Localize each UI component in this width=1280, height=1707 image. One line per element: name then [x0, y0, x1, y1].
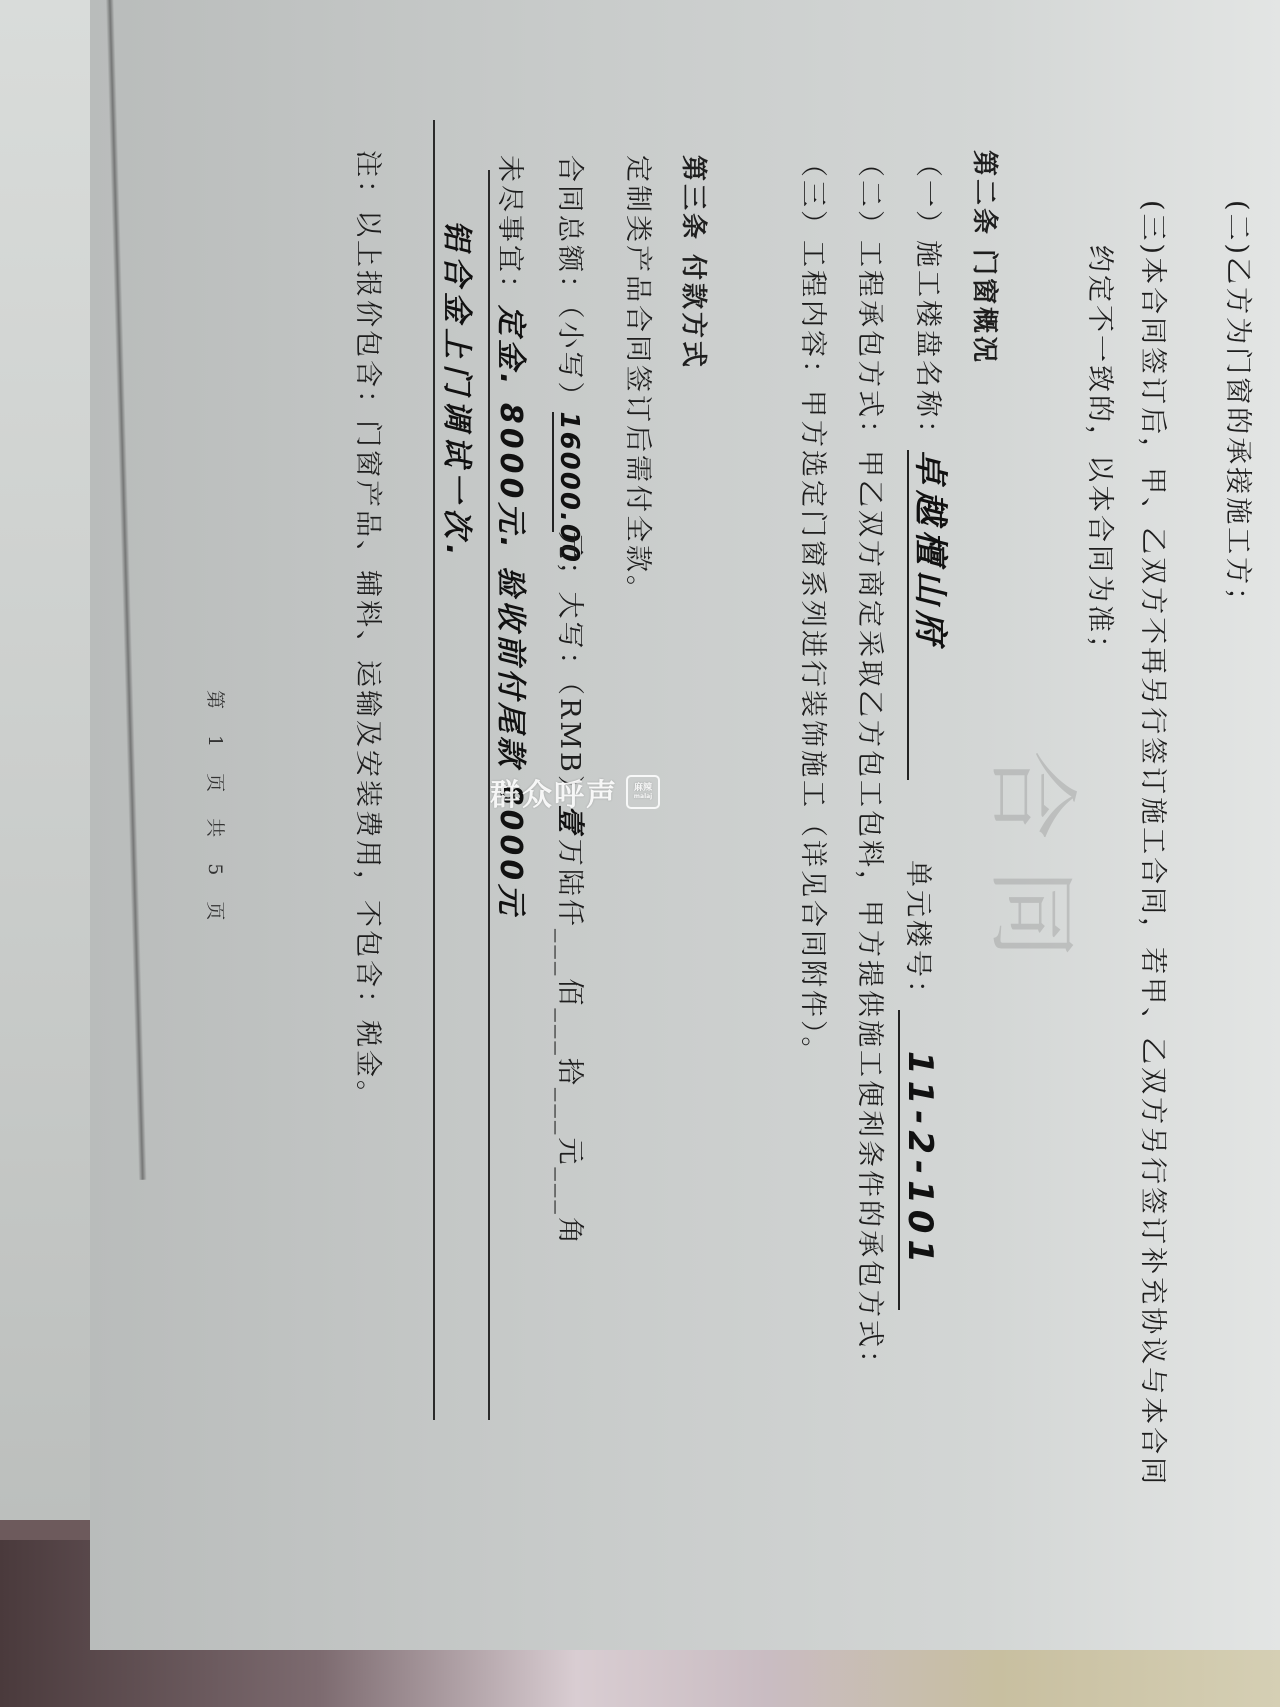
watermark-text: 群众呼声 [490, 770, 618, 814]
article-2-item-3: （三）工程内容：甲方选定门窗系列进行装饰施工（详见合同附件）。 [796, 150, 835, 1067]
watermark-badge-bottom: malaj [634, 794, 652, 801]
article-2-item-1: （一）施工楼盘名称：卓越檀山府 [907, 150, 958, 780]
project-name-value: 卓越檀山府 [910, 450, 950, 650]
faint-stamp-text: 合 同 [975, 750, 1105, 959]
article-2-title: 第二条 门窗概况 [968, 150, 1005, 365]
unit-number-row: 单元楼号：11-2-101 [898, 860, 940, 1310]
contract-total-label: 合同总额：（小写） [554, 155, 585, 412]
page-fold-crease [105, 0, 147, 1180]
page-number: 第 1 页 共 5 页 [203, 690, 230, 930]
total-mid-text: 元；大写：（RMB） [554, 532, 585, 805]
contract-page: (二)乙方为门窗的承接施工方； (三)本合同签订后，甲、乙双方不再另行签订施工合… [90, 0, 1280, 1650]
article-2-item-2: （二）工程承包方式：甲乙双方商定采取乙方包工包料，甲方提供施工便利条件的承包方式… [853, 150, 892, 1380]
underlying-sheet [0, 0, 101, 1520]
other-matters-label: 未尽事宜： [494, 155, 525, 305]
contract-page-wrapper: (二)乙方为门窗的承接施工方； (三)本合同签订后，甲、乙双方不再另行签订施工合… [90, 0, 1280, 1707]
contract-total-row: 合同总额：（小写）16000.00元；大写：（RMB）壹万陆仟___佰___拾_… [552, 155, 592, 1247]
other-matters-value-1: 定金. 8000元. 验收前付尾款 8000元 [493, 305, 528, 918]
underline-2 [433, 120, 435, 1420]
unit-number-field: 11-2-101 [898, 1010, 940, 1310]
project-name-field: 卓越檀山府 [907, 450, 958, 780]
intro-line-3-cont: 约定不一致的，以本合同为准； [1083, 245, 1122, 665]
note-line: 注：以上报价包含：门窗产品、辅料、运输及安装费用，不包含：税金。 [351, 150, 390, 1110]
total-big-rest: 万陆仟___佰___拾___元___角 [554, 839, 585, 1247]
intro-line-3: (三)本合同签订后，甲、乙双方不再另行签订施工合同，若甲、乙双方另行签订补充协议… [1136, 200, 1175, 1487]
unit-number-label: 单元楼号： [902, 860, 933, 1010]
watermark-badge-icon: 麻辣 malaj [626, 775, 660, 809]
total-small-field: 16000.00 [552, 412, 585, 532]
other-matters-row-2: 铝合金上门调试一次. [438, 220, 482, 561]
article-3-line-1: 定制类产品合同签订后需付全款。 [621, 155, 660, 605]
unit-number-value: 11-2-101 [900, 1051, 940, 1269]
intro-line-2: (二)乙方为门窗的承接施工方； [1221, 200, 1260, 617]
project-name-label: （一）施工楼盘名称： [912, 150, 943, 450]
other-matters-value-2: 铝合金上门调试一次. [439, 220, 474, 561]
watermark: 群众呼声 麻辣 malaj [490, 770, 660, 814]
article-3-title: 第三条 付款方式 [677, 155, 714, 370]
